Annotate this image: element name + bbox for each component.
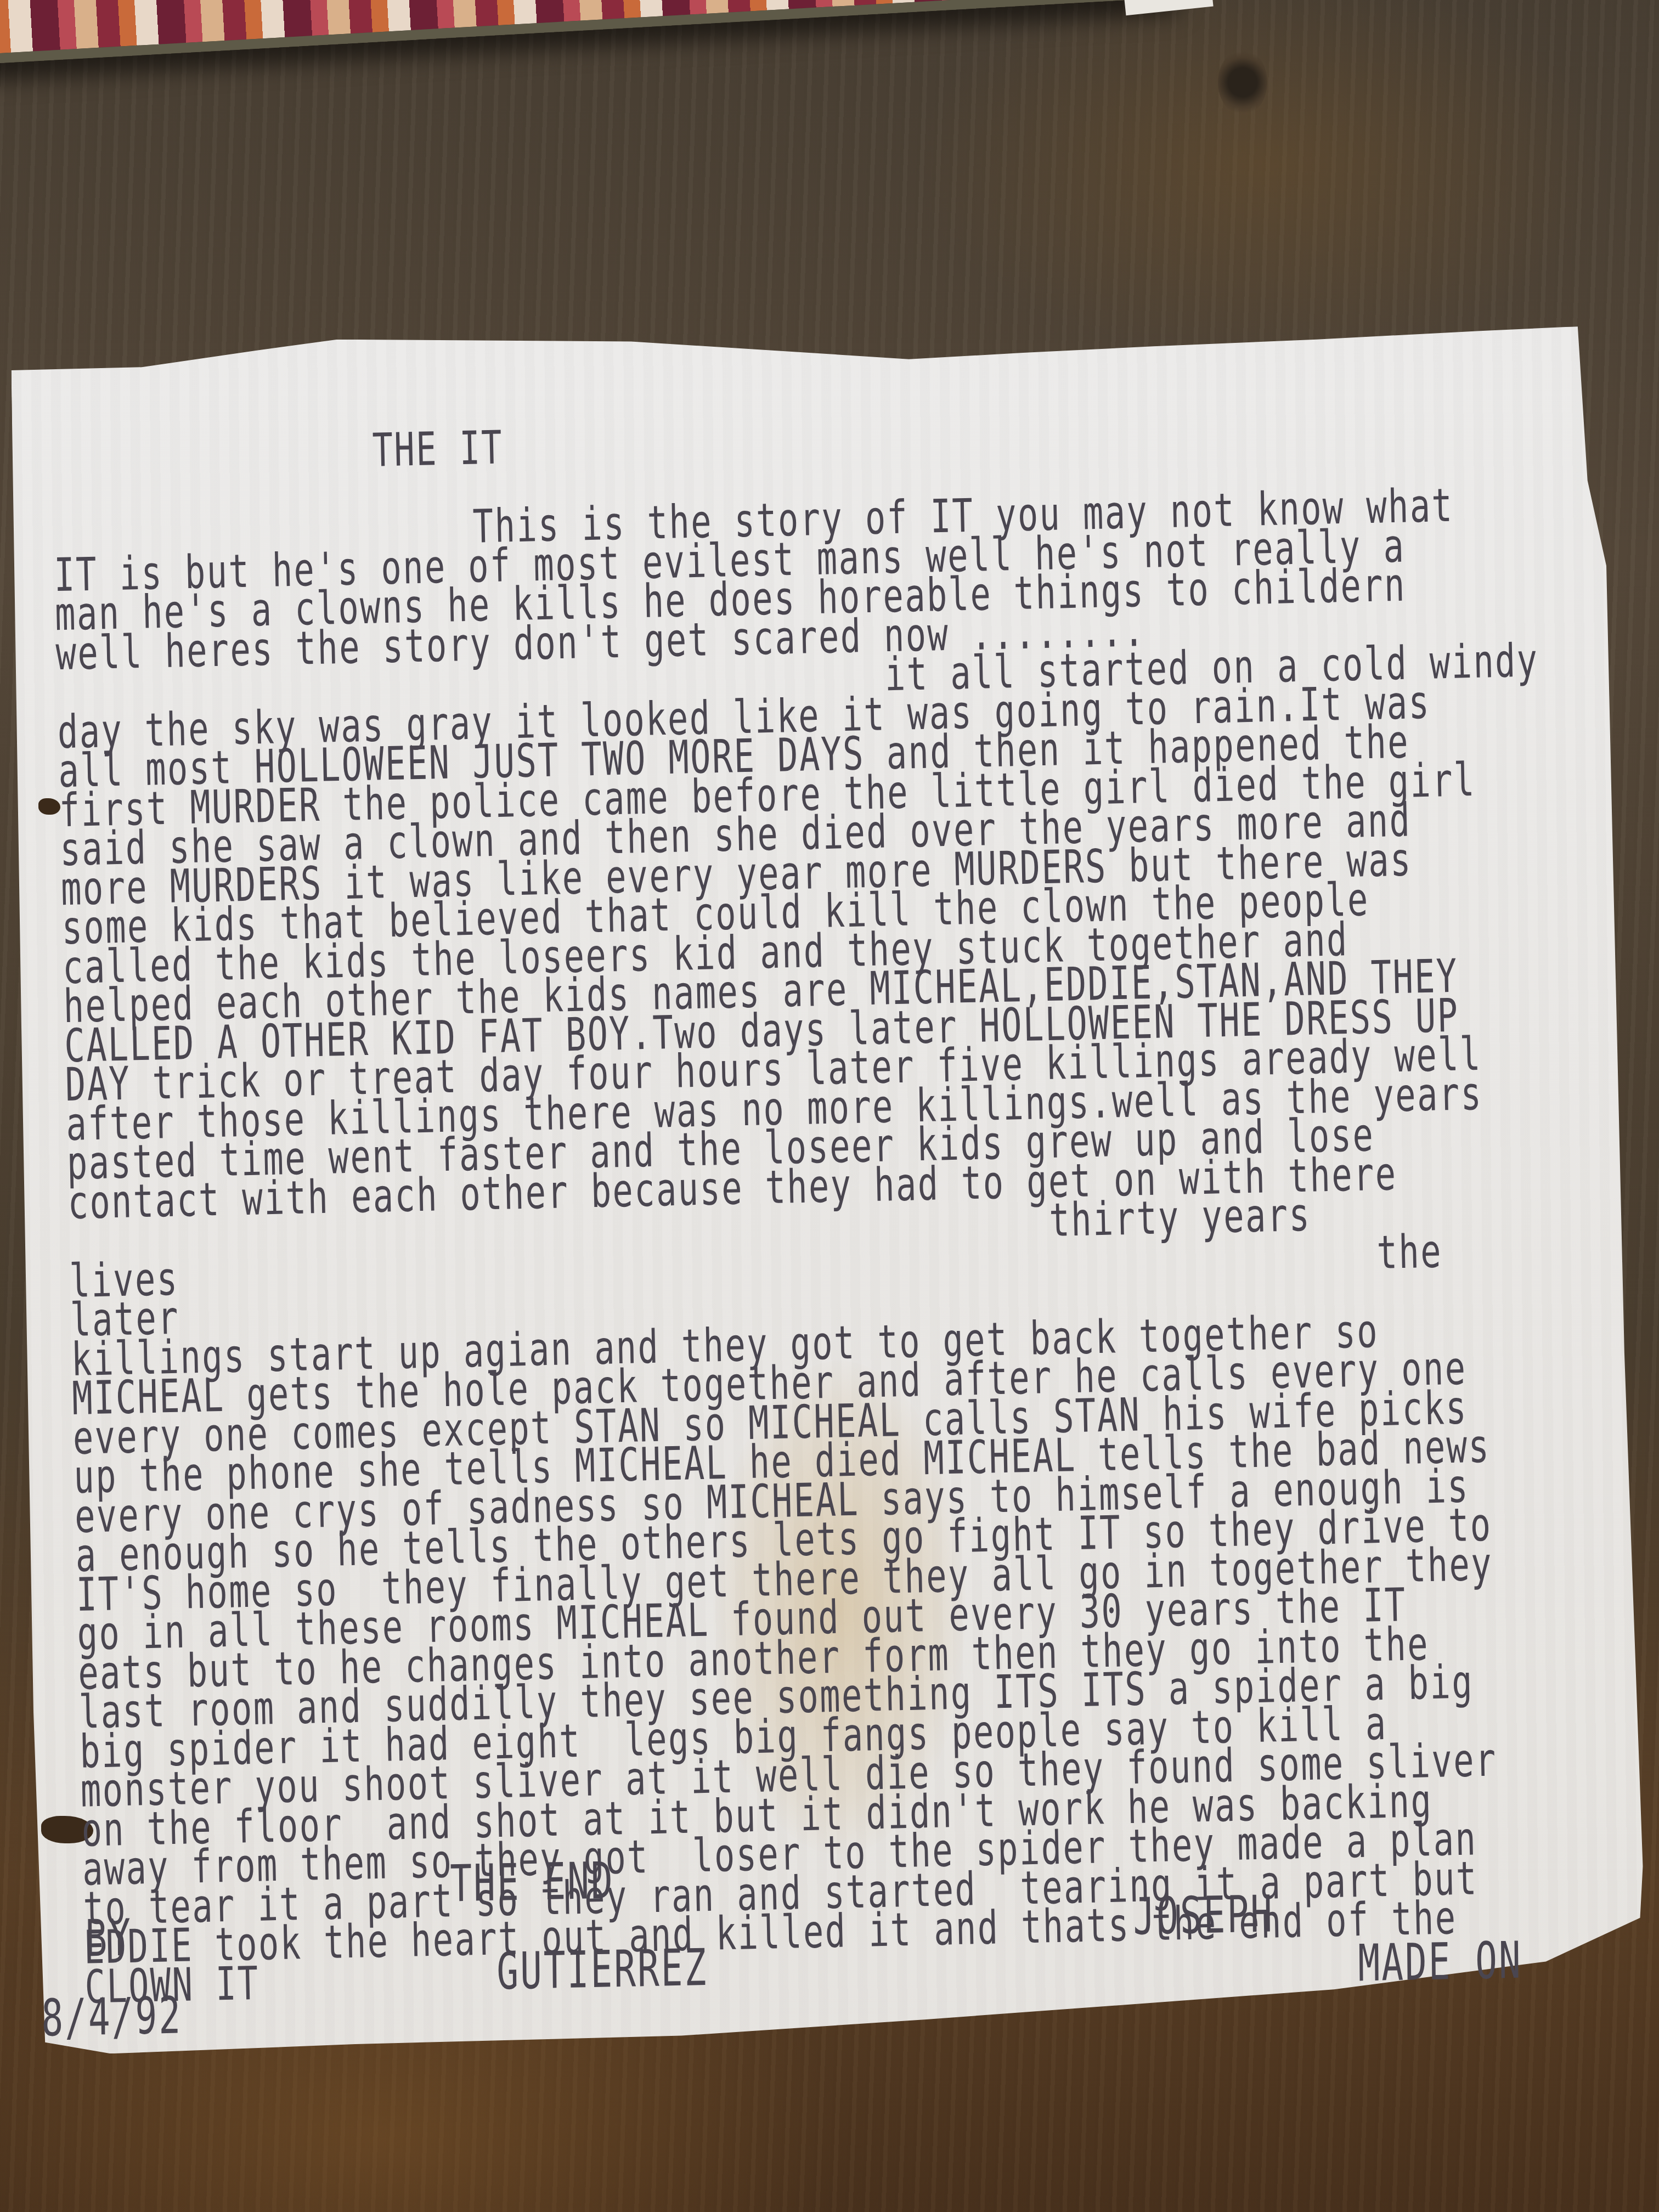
the-end-label: THE END: [450, 1851, 614, 1914]
story-text: THE IT This is the story of IT you may n…: [49, 325, 1659, 2007]
date-label: 8/4/92: [41, 1986, 182, 2048]
author-first-name: JOSEPH: [1133, 1884, 1274, 1946]
author-last-name: GUTIERREZ: [496, 1938, 708, 2001]
patterned-cloth: [0, 0, 1178, 65]
story-title: THE IT: [51, 396, 1643, 484]
by-label: BY: [85, 1908, 133, 1968]
white-cloth-corner: [1124, 0, 1213, 15]
paper-tear-hole: [38, 798, 60, 815]
wood-knot: [1218, 49, 1267, 115]
made-on-label: MADE ON: [1358, 1931, 1522, 1993]
